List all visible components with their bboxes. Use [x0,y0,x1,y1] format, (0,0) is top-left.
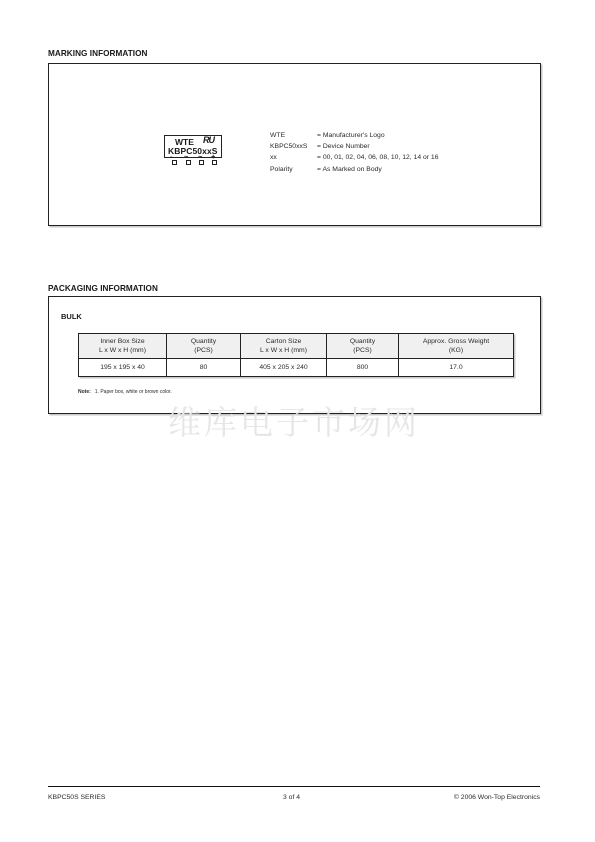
pin-terminal-icon [199,160,204,165]
footer-divider [48,786,540,787]
table-cell: 17.0 [399,359,514,377]
table-cell: 800 [327,359,399,377]
marking-section-title: MARKING INFORMATION [48,49,148,58]
table-cell: 80 [167,359,241,377]
footer-page-number: 3 of 4 [283,794,300,801]
packaging-table: Inner Box SizeL x W x H (mm) Quantity(PC… [78,333,514,377]
table-row: 195 x 195 x 40 80 405 x 205 x 240 800 17… [79,359,514,377]
note-label: Note: [78,389,91,395]
marking-legend: WTE = Manufacturer's Logo KBPC50xxS = De… [270,130,439,175]
legend-key: KBPC50xxS [270,141,317,152]
footer-series-name: KBPC50S SERIES [48,794,105,801]
pin-terminal-icon [186,160,191,165]
packaging-subtitle: BULK [61,312,82,321]
pin-polarity-label: ~ [184,153,188,160]
column-header: Quantity(PCS) [167,334,241,359]
legend-row: KBPC50xxS = Device Number [270,141,439,152]
legend-key: xx [270,152,317,163]
legend-value: = Device Number [317,141,370,152]
pin-polarity-label: ~ [198,153,202,160]
watermark: 维库电子市场网 [168,397,420,444]
pin-polarity-label: - [170,153,173,160]
pin-polarity-label: + [211,153,215,160]
footer-copyright: © 2006 Won-Top Electronics [454,794,540,801]
legend-value: = As Marked on Body [317,164,382,175]
ul-recognized-mark-icon: RU [203,135,214,145]
column-header: Approx. Gross Weight(KG) [399,334,514,359]
column-header: Carton SizeL x W x H (mm) [241,334,327,359]
table-cell: 405 x 205 x 240 [241,359,327,377]
legend-key: Polarity [270,164,317,175]
legend-row: xx = 00, 01, 02, 04, 06, 08, 10, 12, 14 … [270,152,439,163]
pin-terminal-icon [172,160,177,165]
note-text: 1. Paper box, white or brown color. [95,389,172,395]
legend-row: Polarity = As Marked on Body [270,164,439,175]
column-header: Quantity(PCS) [327,334,399,359]
legend-value: = Manufacturer's Logo [317,130,385,141]
table-cell: 195 x 195 x 40 [79,359,167,377]
pin-terminal-icon [212,160,217,165]
legend-key: WTE [270,130,317,141]
packaging-section-title: PACKAGING INFORMATION [48,284,158,293]
packaging-note: Note:1. Paper box, white or brown color. [78,389,172,395]
legend-row: WTE = Manufacturer's Logo [270,130,439,141]
column-header: Inner Box SizeL x W x H (mm) [79,334,167,359]
table-header-row: Inner Box SizeL x W x H (mm) Quantity(PC… [79,334,514,359]
legend-value: = 00, 01, 02, 04, 06, 08, 10, 12, 14 or … [317,152,439,163]
